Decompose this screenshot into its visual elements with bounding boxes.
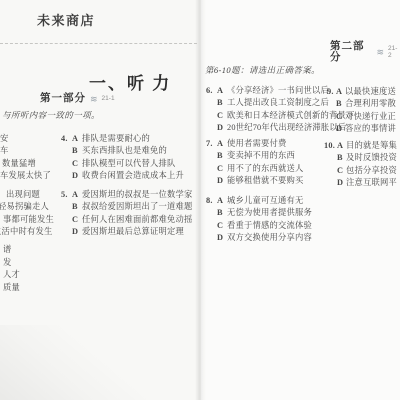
option-row: D 能够租借就不要购买 xyxy=(206,175,303,187)
option-text: 爱因斯坦的叔叔是一位数学家 xyxy=(82,189,192,201)
question-number: 10. xyxy=(324,140,337,152)
option-letter: D xyxy=(337,177,346,189)
option-letter: D xyxy=(336,123,345,135)
option-letter: C xyxy=(217,110,227,122)
option-letter: D xyxy=(72,170,82,182)
option-letter: A xyxy=(337,140,346,152)
dashed-divider xyxy=(0,43,197,44)
part-2-label: 第二部分 xyxy=(330,42,372,63)
option-text: 包括分享投资 xyxy=(346,165,397,177)
part-1-label: 第一部分 xyxy=(40,94,86,105)
part-1-instruction-fragment: 与所听内容一致的一项。 xyxy=(2,111,100,120)
option-text: 用不了的东西就送人 xyxy=(227,163,303,175)
audio-waves-icon: ≋ xyxy=(376,48,384,57)
cut-option-fragment: 车 xyxy=(0,147,9,155)
option-row: C 排队模型可以代替人排队 xyxy=(61,158,184,170)
option-text: 注意互联网平 xyxy=(346,177,397,189)
option-letter: B xyxy=(336,98,345,110)
cut-option-fragment: 事都可能发生 xyxy=(3,216,54,224)
option-row: C 用不了的东西就送人 xyxy=(206,163,303,175)
option-row: B 及时反馈投资 xyxy=(324,152,397,164)
option-letter: C xyxy=(337,165,346,177)
option-text: 能够租借就不要购买 xyxy=(227,175,303,187)
section-title-listening: 一、听 力 xyxy=(89,69,171,94)
question-10: 10. A 目的就是筹集 B 及时反馈投资 C 包括分享投资 D 注意互联网平 xyxy=(324,140,397,190)
cut-option-fragment: 人才 xyxy=(3,271,20,279)
option-row: 4. A 排队是需要耐心的 xyxy=(61,133,184,145)
option-letter: C xyxy=(336,111,345,123)
option-text: 及时反馈投资 xyxy=(346,152,397,164)
option-letter: C xyxy=(72,214,82,226)
audio-track-number-2: 21-2 xyxy=(388,46,400,59)
page-seam xyxy=(195,0,206,400)
option-text: 工人提出改良工资制度之后 xyxy=(227,97,329,109)
option-row: B 变卖掉不用的东西 xyxy=(206,150,303,162)
option-text: 排队模型可以代替人排队 xyxy=(82,158,175,170)
option-row: B 叔叔给爱因斯坦出了一道难题 xyxy=(61,201,192,213)
option-text: 变卖掉不用的东西 xyxy=(227,150,295,162)
option-letter: B xyxy=(217,207,227,219)
cut-option-fragment: 生活中时有发生 xyxy=(0,228,52,236)
option-text: 答应的事情讲 xyxy=(345,123,396,135)
question-number: 5. xyxy=(61,189,72,201)
option-row: C 包括分享投资 xyxy=(324,165,397,177)
option-letter: D xyxy=(217,232,227,244)
option-row: D 爱因斯坦最后总算证明定理 xyxy=(61,226,192,238)
option-text: 看重于情感的交流体验 xyxy=(227,220,312,232)
option-letter: C xyxy=(217,220,227,232)
option-letter: A xyxy=(217,85,227,97)
option-row: B 买东西排队也是难免的 xyxy=(61,145,184,157)
option-letter: B xyxy=(72,201,82,213)
option-letter: B xyxy=(217,97,227,109)
question-number: 8. xyxy=(206,195,217,207)
option-row: B 合理利用零散 xyxy=(327,98,396,110)
running-header-title: 未来商店 xyxy=(37,10,95,29)
option-row: D 答应的事情讲 xyxy=(327,123,396,135)
cut-option-fragment: 车发展太快了 xyxy=(0,172,51,180)
question-number: 4. xyxy=(61,133,72,145)
option-letter: B xyxy=(72,145,82,157)
option-row: 10. A 目的就是筹集 xyxy=(324,140,397,152)
option-text: 收费台闲置会造成成本上升 xyxy=(82,170,184,182)
option-text: 叔叔给爱因斯坦出了一道难题 xyxy=(82,201,192,213)
option-text: 排队是需要耐心的 xyxy=(82,133,150,145)
option-text: 买东西排队也是难免的 xyxy=(82,145,167,157)
part-1-heading: 第一部分 ≋ 21-1 xyxy=(40,94,115,105)
part-2-instruction: 第6-10题：请选出正确答案。 xyxy=(205,66,320,75)
option-letter: A xyxy=(336,86,345,98)
option-letter: B xyxy=(337,152,346,164)
question-5: 5. A 爱因斯坦的叔叔是一位数学家 B 叔叔给爱因斯坦出了一道难题 C 任何人… xyxy=(61,189,192,239)
option-letter: A xyxy=(217,138,227,150)
cut-option-fragment: 安 xyxy=(0,135,9,143)
question-number: 7. xyxy=(206,138,217,150)
cut-option-fragment: 发 xyxy=(3,259,12,267)
option-text: 目的就是筹集 xyxy=(346,140,397,152)
option-text: 以最快速度送 xyxy=(345,86,396,98)
option-text: 任何人在困难面前都难免动摇 xyxy=(82,214,192,226)
option-row: D 双方交换使用分享内容 xyxy=(206,232,312,244)
option-text: 合理利用零散 xyxy=(345,98,396,110)
option-letter: D xyxy=(217,175,227,187)
option-letter: A xyxy=(72,133,82,145)
option-text: 城乡儿童可互通有无 xyxy=(227,195,303,207)
option-row: 5. A 爱因斯坦的叔叔是一位数学家 xyxy=(61,189,192,201)
option-row: C 对快递行业正 xyxy=(327,111,396,123)
option-text: 双方交换使用分享内容 xyxy=(227,232,312,244)
audio-track-number-1: 21-1 xyxy=(102,96,115,103)
option-text: 使用者需要付费 xyxy=(227,138,286,150)
option-text: 《分享经济》一书问世以后 xyxy=(227,85,329,97)
option-letter: C xyxy=(72,158,82,170)
option-row: D 收费台闲置会造成成本上升 xyxy=(61,170,184,182)
cut-option-fragment: 谱 xyxy=(3,246,12,254)
option-letter: D xyxy=(217,122,227,134)
cut-option-fragment: 轻易拐骗走人 xyxy=(0,203,49,211)
cut-option-fragment: 质量 xyxy=(3,284,20,292)
option-letter: C xyxy=(217,163,227,175)
option-letter: B xyxy=(217,150,227,162)
option-row: C 看重于情感的交流体验 xyxy=(206,220,312,232)
question-7: 7. A 使用者需要付费 B 变卖掉不用的东西 C 用不了的东西就送人 D 能够… xyxy=(206,138,303,188)
book-spread: 未来商店 一、听 力 第一部分 ≋ 21-1 与所听内容一致的一项。 安 车 数… xyxy=(0,0,400,400)
option-letter: D xyxy=(72,226,82,238)
option-text: 对快递行业正 xyxy=(345,111,396,123)
question-4: 4. A 排队是需要耐心的 B 买东西排队也是难免的 C 排队模型可以代替人排队… xyxy=(61,133,184,183)
option-row: 8. A 城乡儿童可互通有无 xyxy=(206,195,312,207)
question-number: 9. xyxy=(327,86,336,98)
question-9: 9. A 以最快速度送 B 合理利用零散 C 对快递行业正 D 答应的事情讲 xyxy=(327,86,396,136)
option-text: 爱因斯坦最后总算证明定理 xyxy=(82,226,184,238)
option-text: 无偿为使用者提供服务 xyxy=(227,207,312,219)
option-letter: A xyxy=(72,189,82,201)
option-letter: A xyxy=(217,195,227,207)
page-corner-shade xyxy=(0,325,170,400)
option-row: C 任何人在困难面前都难免动摇 xyxy=(61,214,192,226)
question-number: 6. xyxy=(206,85,217,97)
option-row: 9. A 以最快速度送 xyxy=(327,86,396,98)
cut-option-fragment: 出现问题 xyxy=(6,191,40,199)
question-8: 8. A 城乡儿童可互通有无 B 无偿为使用者提供服务 C 看重于情感的交流体验… xyxy=(206,195,312,245)
option-row: B 无偿为使用者提供服务 xyxy=(206,207,312,219)
option-row: D 注意互联网平 xyxy=(324,177,397,189)
option-row: 7. A 使用者需要付费 xyxy=(206,138,303,150)
cut-option-fragment: 数量猛增 xyxy=(2,160,36,168)
audio-waves-icon: ≋ xyxy=(90,95,98,104)
part-2-heading: 第二部分 ≋ 21-2 xyxy=(330,42,400,63)
